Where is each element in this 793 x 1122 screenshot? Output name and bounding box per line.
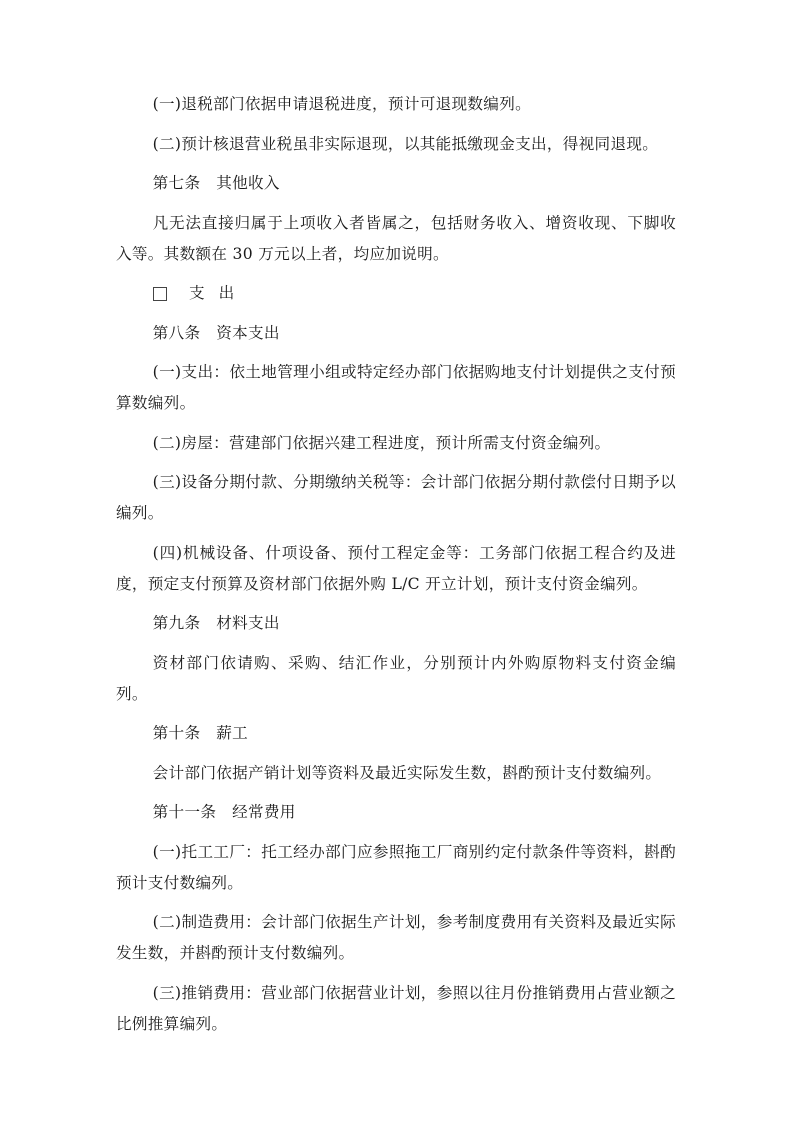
paragraph-wages: 会计部门依据产销计划等资料及最近实际发生数，斟酌预计支付数编列。 <box>116 758 676 789</box>
paragraph-capital-1: (一)支出：依土地管理小组或特定经办部门依据购地支付计划提供之支付预算数编列。 <box>116 357 676 419</box>
section-expenditure: 支出 <box>116 278 676 309</box>
article-7-heading: 第七条 其他收入 <box>116 168 676 199</box>
paragraph-expense-1: (一)托工工厂：托工经办部门应参照拖工厂商别约定付款条件等资料，斟酌预计支付数编… <box>116 837 676 899</box>
paragraph-tax-refund-1: (一)退税部门依据申请退税进度，预计可退现数编列。 <box>116 89 676 120</box>
article-11-heading: 第十一条 经常费用 <box>116 797 676 828</box>
paragraph-other-income: 凡无法直接归属于上项收入者皆属之，包括财务收入、增资收现、下脚收入等。其数额在 … <box>116 208 676 270</box>
article-8-heading: 第八条 资本支出 <box>116 318 676 349</box>
paragraph-materials: 资材部门依请购、采购、结汇作业，分别预计内外购原物料支付资金编列。 <box>116 648 676 710</box>
document-page: (一)退税部门依据申请退税进度，预计可退现数编列。 (二)预计核退营业税虽非实际… <box>116 89 676 1048</box>
section-expenditure-label: 支出 <box>189 278 248 309</box>
paragraph-expense-3: (三)推销费用：营业部门依据营业计划，参照以往月份推销费用占营业额之比例推算编列… <box>116 978 676 1040</box>
article-10-heading: 第十条 薪工 <box>116 718 676 749</box>
paragraph-expense-2: (二)制造费用：会计部门依据生产计划，参考制度费用有关资料及最近实际发生数，并斟… <box>116 907 676 969</box>
paragraph-capital-4: (四)机械设备、什项设备、预付工程定金等：工务部门依据工程合约及进度，预定支付预… <box>116 538 676 600</box>
checkbox-icon <box>153 287 167 301</box>
paragraph-capital-3: (三)设备分期付款、分期缴纳关税等：会计部门依据分期付款偿付日期予以编列。 <box>116 467 676 529</box>
paragraph-capital-2: (二)房屋：营建部门依据兴建工程进度，预计所需支付资金编列。 <box>116 428 676 459</box>
article-9-heading: 第九条 材料支出 <box>116 608 676 639</box>
paragraph-tax-refund-2: (二)预计核退营业税虽非实际退现，以其能抵缴现金支出，得视同退现。 <box>116 129 676 160</box>
